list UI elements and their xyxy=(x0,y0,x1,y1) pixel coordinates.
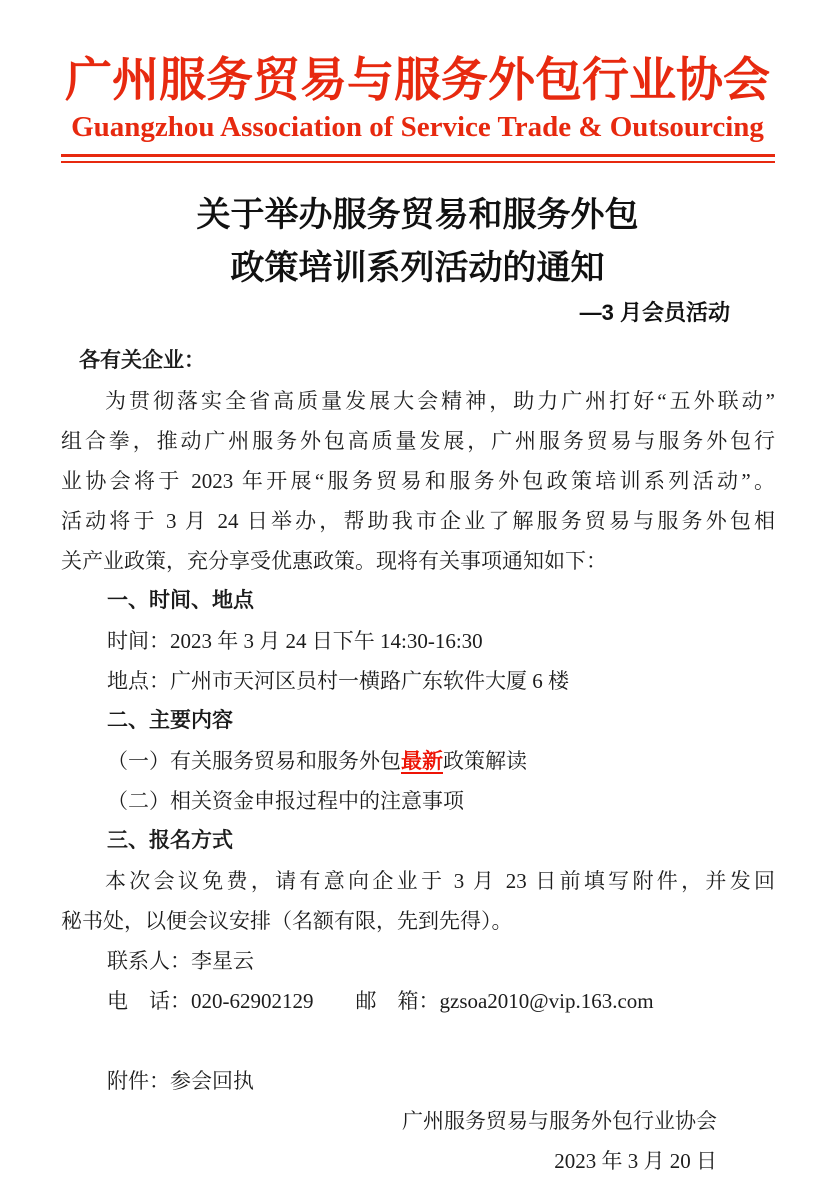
highlight-latest: 最新 xyxy=(401,749,443,773)
paragraph-2-line: 本次会议免费，请有意向企业于 3 月 23 日前填写附件，并发回 xyxy=(61,861,775,901)
letterhead: 广州服务贸易与服务外包行业协会 Guangzhou Association of… xyxy=(0,0,835,163)
signature-date: 2023 年 3 月 20 日 xyxy=(0,1141,717,1181)
org-name-english: Guangzhou Association of Service Trade &… xyxy=(0,110,835,145)
content-item-1-pre: （一）有关服务贸易和服务外包 xyxy=(107,749,401,773)
document-title: 关于举办服务贸易和服务外包 政策培训系列活动的通知 xyxy=(0,189,835,295)
document-subtitle: —3 月会员活动 xyxy=(0,298,835,328)
signature-org-name: 广州服务贸易与服务外包行业协会 xyxy=(0,1101,717,1141)
org-name-chinese: 广州服务贸易与服务外包行业协会 xyxy=(0,52,835,110)
paragraph-1-line: 关产业政策，充分享受优惠政策。现将有关事项通知如下： xyxy=(61,541,775,581)
document-title-line1: 关于举办服务贸易和服务外包 xyxy=(0,189,835,242)
venue-line: 地点：广州市天河区员村一横路广东软件大厦 6 楼 xyxy=(61,661,775,701)
notice-document-page: 广州服务贸易与服务外包行业协会 Guangzhou Association of… xyxy=(0,0,835,1181)
letterhead-double-rule xyxy=(61,154,775,163)
document-body: 各有关企业： 为贯彻落实全省高质量发展大会精神，助力广州打好“五外联动” 组合拳… xyxy=(61,341,775,1101)
section-3-heading: 三、报名方式 xyxy=(61,821,775,861)
time-line: 时间：2023 年 3 月 24 日下午 14:30-16:30 xyxy=(61,621,775,661)
paragraph-2-line: 秘书处，以便会议安排（名额有限，先到先得）。 xyxy=(61,901,775,941)
salutation: 各有关企业： xyxy=(61,341,775,381)
phone-email-line: 电 话：020-62902129 邮 箱：gzsoa2010@vip.163.c… xyxy=(61,981,775,1021)
attachment-line: 附件：参会回执 xyxy=(61,1061,775,1101)
section-1-heading: 一、时间、地点 xyxy=(61,581,775,621)
content-item-2: （二）相关资金申报过程中的注意事项 xyxy=(61,781,775,821)
contact-person-line: 联系人：李星云 xyxy=(61,941,775,981)
paragraph-1-line: 业协会将于 2023 年开展“服务贸易和服务外包政策培训系列活动”。 xyxy=(61,461,775,501)
document-title-line2: 政策培训系列活动的通知 xyxy=(0,242,835,295)
content-item-1-post: 政策解读 xyxy=(443,749,527,773)
section-2-heading: 二、主要内容 xyxy=(61,701,775,741)
paragraph-1-line: 为贯彻落实全省高质量发展大会精神，助力广州打好“五外联动” xyxy=(61,381,775,421)
signature-block: 广州服务贸易与服务外包行业协会 2023 年 3 月 20 日 xyxy=(0,1101,835,1181)
paragraph-1-line: 组合拳，推动广州服务外包高质量发展，广州服务贸易与服务外包行 xyxy=(61,421,775,461)
content-item-1: （一）有关服务贸易和服务外包最新政策解读 xyxy=(61,741,775,781)
paragraph-1-line: 活动将于 3 月 24 日举办，帮助我市企业了解服务贸易与服务外包相 xyxy=(61,501,775,541)
